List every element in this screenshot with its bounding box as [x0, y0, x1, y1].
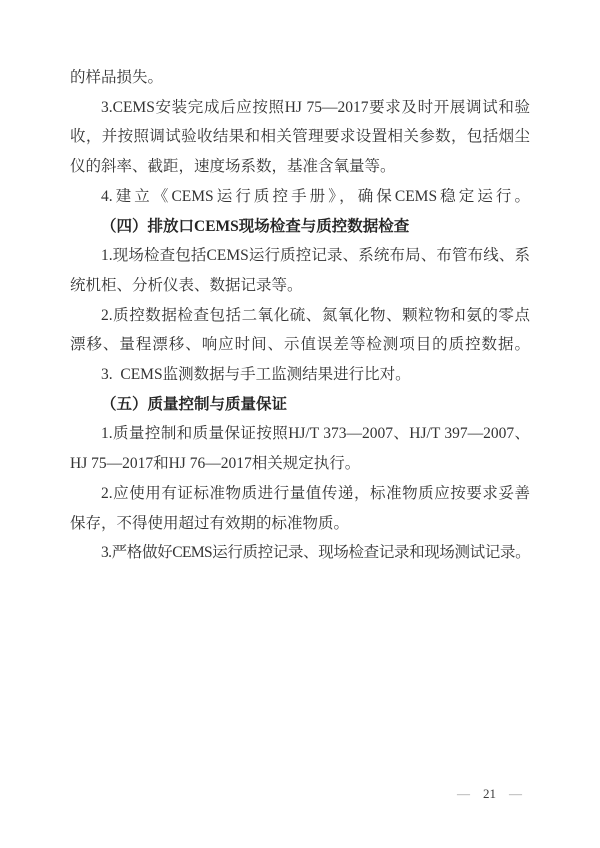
text-line: 3.CEMS安装完成后应按照HJ 75—2017要求及时开展调试和验	[70, 93, 530, 123]
text-line: 2.应使用有证标准物质进行量值传递，标准物质应按要求妥善	[70, 479, 530, 509]
document-page: 的样品损失。3.CEMS安装完成后应按照HJ 75—2017要求及时开展调试和验…	[0, 0, 600, 848]
text-line: 的样品损失。	[70, 63, 530, 93]
text-line: 1.现场检查包括CEMS运行质控记录、系统布局、布管布线、系	[70, 241, 530, 271]
text-block: 的样品损失。3.CEMS安装完成后应按照HJ 75—2017要求及时开展调试和验…	[70, 63, 530, 568]
text-line: 4.建立《CEMS运行质控手册》，确保CEMS稳定运行。	[70, 182, 530, 212]
section-heading-line: （五）质量控制与质量保证	[70, 390, 530, 420]
text-line: 收，并按照调试验收结果和相关管理要求设置相关参数，包括烟尘	[70, 122, 530, 152]
text-line: 2.质控数据检查包括二氧化硫、氮氧化物、颗粒物和氨的零点	[70, 301, 530, 331]
page-number: 21	[483, 785, 496, 803]
text-line: 3.严格做好CEMS运行质控记录、现场检查记录和现场测试记录。	[70, 538, 530, 568]
text-line: 仪的斜率、截距，速度场系数，基准含氧量等。	[70, 152, 530, 182]
text-line: 漂移、量程漂移、响应时间、示值误差等检测项目的质控数据。	[70, 330, 530, 360]
footer-dash-right: —	[509, 785, 522, 803]
text-line: HJ 75—2017和HJ 76—2017相关规定执行。	[70, 449, 530, 479]
text-line: 3. CEMS监测数据与手工监测结果进行比对。	[70, 360, 530, 390]
footer-dash-left: —	[457, 785, 470, 803]
text-line: 1.质量控制和质量保证按照HJ/T 373—2007、HJ/T 397—2007…	[70, 419, 530, 449]
page-footer: — 21 —	[457, 785, 522, 803]
text-line: 统机柜、分析仪表、数据记录等。	[70, 271, 530, 301]
text-line: 保存，不得使用超过有效期的标准物质。	[70, 509, 530, 539]
section-heading-line: （四）排放口CEMS现场检查与质控数据检查	[70, 212, 530, 242]
